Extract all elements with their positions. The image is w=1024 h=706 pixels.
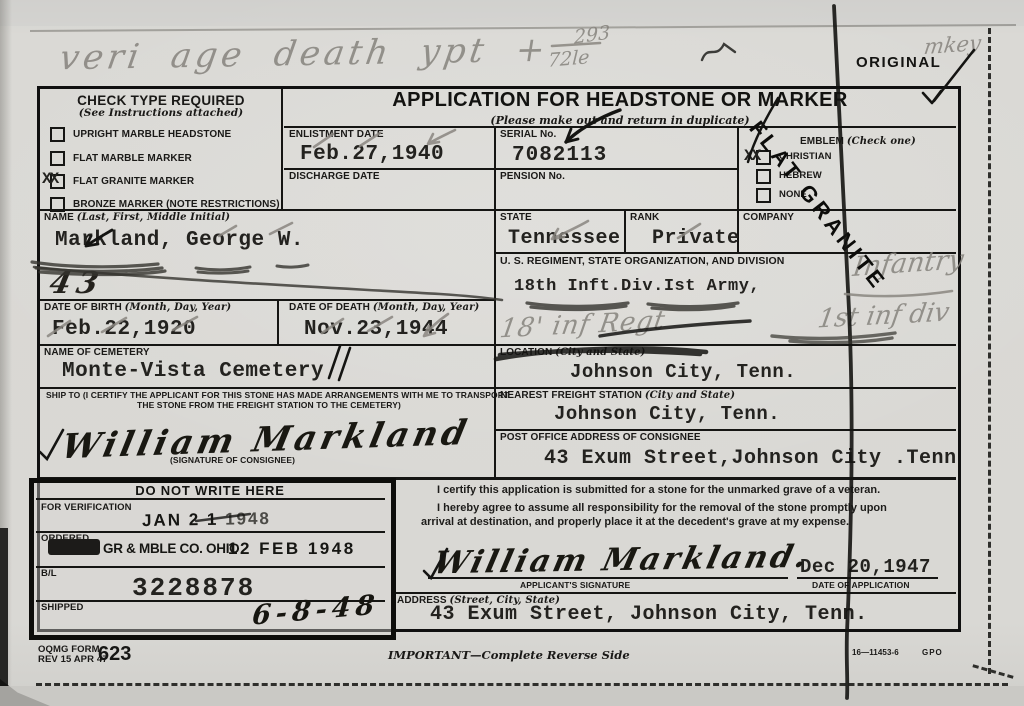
application-date-label: DATE OF APPLICATION [812,581,910,590]
location-label-paren: (City and State) [555,347,645,358]
footer-important: IMPORTANT—Complete Reverse Side [388,646,630,664]
checkbox-flat-marble-label: FLAT MARBLE MARKER [73,154,192,165]
checkbox-flat-granite-label: FLAT GRANITE MARKER [73,177,194,188]
location-label-text: LOCATION [500,347,552,358]
emblem-label-text: EMBLEM [800,136,844,147]
checkbox-bronze [50,197,65,212]
freight-label-paren: (City and State) [645,390,735,401]
top-pencil-note: veri age death ypt + [57,30,552,79]
ordered-company-stamp: GR & MBLE CO. OHIO [103,541,239,556]
name-field-label: NAME (Last, First, Middle Initial) [44,213,230,224]
bl-value: 3228878 [132,573,255,603]
dob-label: DATE OF BIRTH (Month, Day, Year) [44,303,231,314]
applicant-signature-label: APPLICANT'S SIGNATURE [520,581,630,590]
perforation-vertical [988,28,991,674]
state-label: STATE [500,213,532,224]
perforation-corner [972,664,1013,678]
verification-stamp-year: 1948 [225,509,271,529]
office-box-rule [36,498,385,500]
certification-line3: arrival at destination, and properly pla… [421,516,849,528]
flat-granite-check-mark: XX [42,170,57,188]
freight-station-label: NEAREST FREIGHT STATION (City and State) [500,391,735,402]
dob-label-paren: (Month, Day, Year) [125,302,231,313]
gpo-label: GPO [922,649,943,657]
cemetery-value: Monte-Vista Cemetery [62,360,324,383]
dod-value: Nov.23,1944 [304,318,448,341]
grid-line [284,168,737,170]
serial-no-value: 7082113 [512,144,607,167]
scan-top-shade [0,0,1024,26]
form-title: APPLICATION FOR HEADSTONE OR MARKER [284,89,956,112]
applicant-signature: William Markland. [430,539,813,582]
regiment-value: 18th Inft.Div.Ist Army, [514,277,760,296]
dod-label-text: DATE OF DEATH [289,302,370,313]
check-type-subtitle-text: (See Instructions attached) [79,107,244,119]
bl-label: B/L [41,569,57,579]
post-office-label: POST OFFICE ADDRESS OF CONSIGNEE [500,433,701,444]
checkbox-upright-marble-label: UPRIGHT MARBLE HEADSTONE [73,130,231,141]
scanned-headstone-application: veri age death ypt + 293 72le mkey ORIGI… [0,0,1024,706]
scan-left-dark-band [0,528,8,706]
grid-line [624,209,626,252]
form-subtitle: (Please make out and return in duplicate… [284,111,956,129]
dob-label-text: DATE OF BIRTH [44,302,122,313]
checkbox-hebrew [756,169,771,184]
form-number: 623 [98,643,131,666]
top-note-fraction-numerator: 293 [574,21,610,48]
name-value: Markland, George W. [55,229,304,252]
pension-no-label: PENSION No. [500,172,565,183]
enlistment-date-label: ENLISTMENT DATE [289,130,384,141]
checkbox-upright-marble [50,127,65,142]
application-date-value: Dec 20,1947 [800,556,931,578]
print-code: 16—11453-6 [852,649,899,657]
freight-station-value: Johnson City, Tenn. [554,403,780,425]
address-value: 43 Exum Street, Johnson City, Tenn. [430,603,868,626]
checkbox-bronze-label: BRONZE MARKER (NOTE RESTRICTIONS) [73,200,280,211]
form-subtitle-text: (Please make out and return in duplicate… [490,114,749,127]
dod-label-paren: (Month, Day, Year) [373,302,479,313]
verification-date-stamp: JAN 2 1 1948 [142,509,271,531]
scan-bottom-strip [0,686,1024,706]
freight-label-text: NEAREST FREIGHT STATION [500,390,642,401]
state-value: Tennessee [508,227,621,250]
regiment-label: U. S. REGIMENT, STATE ORGANIZATION, AND … [500,256,784,267]
footer-important-text: IMPORTANT—Complete Reverse Side [388,648,630,662]
emblem-label: EMBLEM (Check one) [800,137,916,148]
emblem-label-paren: (Check one) [847,136,916,147]
discharge-date-label: DISCHARGE DATE [289,172,380,183]
grid-line [391,592,956,594]
perforation-horizontal [36,683,1008,686]
enlistment-date-value: Feb.27,1940 [300,143,444,166]
name-pencil-number: 43 [46,266,107,301]
checkbox-none [756,188,771,203]
verification-label: FOR VERIFICATION [41,503,132,513]
dob-value: Feb.22,1920 [52,318,196,341]
corner-pencil-note: mkey [922,31,982,59]
ordered-stamp-blot [48,539,100,555]
office-box-rule [36,566,385,568]
grid-line [494,126,496,477]
cemetery-label: NAME OF CEMETERY [44,348,150,359]
office-box-header: DO NOT WRITE HERE [34,483,386,498]
name-label-paren: (Last, First, Middle Initial) [77,212,230,223]
post-office-value: 43 Exum Street,Johnson City .Tenn [544,447,957,470]
grid-line [281,89,283,210]
grid-line [40,387,956,389]
rank-label: RANK [630,213,659,224]
grid-line [494,429,956,431]
company-label: COMPANY [743,213,794,224]
ordered-date-stamp: 12 FEB 1948 [228,539,356,559]
check-type-subtitle: (See Instructions attached) [48,108,274,120]
shipped-label: SHIPPED [41,603,83,613]
grid-line [277,299,279,344]
grid-line [40,299,494,301]
location-label: LOCATION (City and State) [500,348,645,359]
top-note-fraction-denominator: 72le [547,46,590,72]
checkbox-flat-marble [50,151,65,166]
ship-to-label-line1: SHIP TO (I CERTIFY THE APPLICANT FOR THI… [46,391,509,400]
location-value: Johnson City, Tenn. [570,361,796,383]
certification-line1: I certify this application is submitted … [437,484,880,496]
serial-no-label: SERIAL No. [500,130,556,141]
rank-value: Private [652,227,740,250]
verification-stamp-text: JAN 2 1 [142,510,219,530]
certification-line2: I hereby agree to assume all responsibil… [437,502,887,514]
ship-to-label-line2: THE STONE FROM THE FREIGHT STATION TO TH… [44,401,494,410]
name-label-text: NAME [44,212,74,223]
dod-label: DATE OF DEATH (Month, Day, Year) [289,303,479,314]
